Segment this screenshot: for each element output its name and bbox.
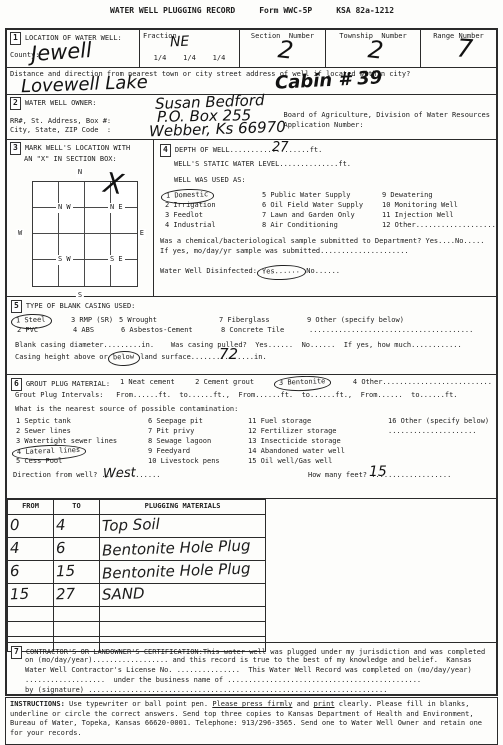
owner-label: WATER WELL OWNER:: [25, 99, 97, 107]
cell-from: 0: [10, 518, 20, 533]
section6-number: 6: [11, 378, 22, 391]
section2-number: 2: [10, 97, 21, 110]
mark-title-line2: AN "X" IN SECTION BOX:: [10, 155, 150, 165]
use-industrial: 4 Industrial: [165, 221, 262, 231]
direction-label: Direction from well? ..............: [11, 471, 308, 485]
contam-lagoon: 8 Sewage lagoon: [148, 437, 248, 447]
section-grid: [32, 181, 138, 287]
use-monitoring: 10 Monitoring Well: [382, 201, 496, 211]
direction-line: Direction from well? .............. How …: [11, 471, 492, 485]
contam-seepage: 6 Seepage pit: [148, 417, 248, 427]
cell-material: [100, 622, 266, 637]
grout-material-line: 6GROUT PLUG MATERIAL: 1 Neat cement 2 Ce…: [11, 378, 492, 391]
casing-diameter-line: Blank casing diameter.........in. Was ca…: [11, 341, 492, 353]
cell-to: 15: [56, 564, 76, 580]
casing-asbestos: 6 Asbestos-Cement: [121, 326, 221, 336]
form-number: Form WWC-5P: [259, 6, 312, 16]
casing-wrought: 5 Wrought: [119, 316, 219, 326]
circled-disinfected-yes: Yes......: [257, 264, 306, 280]
cell-material: Top Soil: [102, 517, 160, 534]
casing-other-dots: .......................................: [309, 326, 492, 336]
contamination-list: 1 Septic tank 2 Sewer lines 3 Watertight…: [11, 417, 492, 467]
table-row: 6 15 Bentonite Hole Plug: [8, 561, 266, 584]
grid-se-label: S E: [108, 255, 125, 265]
cell-to: 6: [56, 541, 66, 556]
use-air-conditioning: 8 Air Conditioning: [262, 221, 382, 231]
cell-from: [8, 607, 54, 622]
casing-title: TYPE OF BLANK CASING USED:: [26, 302, 136, 310]
disinfected-label: Water Well Disinfected:: [160, 267, 261, 275]
feet-label: How many feet? ...................: [308, 471, 451, 485]
table-row: 15 27 SAND: [8, 584, 266, 607]
cell-to: 27: [56, 587, 76, 603]
section1-title: LOCATION OF WATER WELL:: [25, 34, 122, 42]
section5-row: 5TYPE OF BLANK CASING USED: 1 Steel 3 RM…: [7, 297, 496, 375]
grid-nw-label: N W: [56, 203, 73, 213]
grid-ne-label: N E: [108, 203, 125, 213]
contam-other: 16 Other (specify below): [388, 417, 492, 427]
cert-line4: ................... under the business n…: [11, 676, 492, 686]
use-other: 12 Other...................: [382, 221, 496, 231]
table-row: [8, 622, 266, 637]
plugging-table-region: FROM TO PLUGGING MATERIALS 0 4 Top Soil …: [7, 499, 496, 643]
contam-fertilizer: 12 Fertilizer storage: [248, 427, 388, 437]
used-as-label: WELL WAS USED AS:: [160, 176, 496, 188]
instructions-box: INSTRUCTIONS: Use typewriter or ball poi…: [5, 697, 498, 745]
grout-cement-grout: 2 Cement grout: [195, 378, 278, 388]
if-yes-line: If yes, mo/day/yr sample was submitted..…: [160, 247, 496, 257]
grout-intervals-line: Grout Plug Intervals: From......ft. to..…: [11, 391, 492, 403]
grid-sw-label: S W: [56, 255, 73, 265]
circled-grout-bentonite: 3 Bentonite: [274, 375, 332, 391]
casing-other: 9 Other (specify below): [307, 316, 492, 326]
instructions-underline2: print: [313, 700, 334, 708]
casing-concrete: 8 Concrete Tile: [221, 326, 309, 336]
section-grid-wrap: N S W E N W N E S W S E X: [10, 168, 150, 300]
casing-rmp: 3 RMP (SR): [71, 316, 119, 326]
use-public-water: 5 Public Water Supply: [262, 191, 382, 201]
cell-from: 6: [10, 564, 20, 579]
mark-title-line1: MARK WELL'S LOCATION WITH: [25, 144, 130, 152]
section6-row: 6GROUT PLUG MATERIAL: 1 Neat cement 2 Ce…: [7, 375, 496, 499]
owner-row: 2WATER WELL OWNER: RR#, St. Address, Box…: [7, 95, 496, 140]
header-to: TO: [54, 500, 100, 515]
cert-line2: on (mo/day/year).................. and t…: [11, 656, 492, 666]
instructions-underline1: Please press firmly: [212, 700, 292, 708]
location-cell: 1LOCATION OF WATER WELL: County: Jewell: [7, 30, 140, 67]
instructions-label: INSTRUCTIONS:: [10, 700, 69, 708]
cell-to: [54, 622, 100, 637]
grid-north-label: N: [76, 168, 84, 178]
section1-row: 1LOCATION OF WATER WELL: County: Jewell …: [7, 30, 496, 68]
distance-row: Distance and direction from nearest town…: [7, 68, 496, 95]
distance-label: Distance and direction from nearest town…: [10, 70, 493, 80]
certification-section: 7CONTRACTOR'S OR LANDOWNER'S CERTIFICATI…: [7, 643, 496, 695]
grout-title: GROUT PLUG MATERIAL:: [26, 380, 110, 388]
contam-fuel: 11 Fuel storage: [248, 417, 388, 427]
contam-privy: 7 Pit privy: [148, 427, 248, 437]
cell-material: SAND: [102, 587, 145, 603]
grid-west-label: W: [16, 229, 24, 239]
cell-from: 4: [10, 541, 20, 556]
header-materials: PLUGGING MATERIALS: [100, 500, 266, 515]
contam-septic: 1 Septic tank: [16, 417, 148, 427]
county-label: County:: [10, 51, 136, 61]
contamination-label: What is the nearest source of possible c…: [11, 405, 492, 415]
fraction-quarters: 1/4 1/4 1/4: [143, 54, 236, 64]
section1-number: 1: [10, 32, 21, 45]
casing-height-pre: Casing height above or: [15, 353, 112, 361]
grout-other: 4 Other..........................: [353, 378, 492, 388]
table-row: 4 6 Bentonite Hole Plug: [8, 538, 266, 561]
section4-number: 4: [160, 144, 171, 157]
casing-options-row2: 2 PVC 4 ABS 6 Asbestos-Cement 8 Concrete…: [11, 326, 492, 336]
fraction-label: Fraction: [143, 32, 236, 42]
well-details-cell: 4DEPTH OF WELL...................ft. 27 …: [154, 140, 502, 296]
section5-number: 5: [11, 300, 22, 313]
cell-to: [54, 607, 100, 622]
casing-height-post: land surface...............in.: [136, 353, 267, 361]
contam-livestock: 10 Livestock pens: [148, 457, 248, 467]
section3-number: 3: [10, 142, 21, 155]
contam-feedyard: 9 Feedyard: [148, 447, 248, 457]
agency-name: Board of Agriculture, Division of Water …: [283, 111, 490, 121]
township-label: Township Number: [329, 32, 417, 42]
scanned-form-page: WATER WELL PLUGGING RECORD Form WWC-5P K…: [0, 0, 503, 745]
plugging-materials-table: FROM TO PLUGGING MATERIALS 0 4 Top Soil …: [7, 499, 266, 652]
mark-location-cell: 3MARK WELL'S LOCATION WITH AN "X" IN SEC…: [7, 140, 154, 296]
contam-oil-gas-well: 15 Oil well/Gas well: [248, 457, 388, 467]
contam-sewer: 2 Sewer lines: [16, 427, 148, 437]
form-header: WATER WELL PLUGGING RECORD Form WWC-5P K…: [0, 6, 503, 16]
cell-from: [8, 622, 54, 637]
contam-abandoned-well: 14 Abandoned water well: [248, 447, 388, 457]
contam-other-dots: .....................: [388, 427, 492, 437]
chem-sample-line: Was a chemical/bacteriological sample su…: [160, 237, 496, 247]
range-label: Range Number: [424, 32, 493, 42]
township-cell: Township Number 2: [326, 30, 421, 67]
disinfected-no: No......: [302, 267, 340, 275]
instructions-text2: and: [292, 700, 313, 708]
table-header-row: FROM TO PLUGGING MATERIALS: [8, 500, 266, 515]
cell-material: Bentonite Hole Plug: [102, 539, 251, 559]
range-cell: Range Number 7: [421, 30, 496, 67]
form-body: 1LOCATION OF WATER WELL: County: Jewell …: [5, 28, 498, 696]
instructions-text1: Use typewriter or ball point pen.: [69, 700, 212, 708]
casing-fiberglass: 7 Fiberglass: [219, 316, 307, 326]
use-injection: 11 Injection Well: [382, 211, 496, 221]
use-lawn-garden: 7 Lawn and Garden Only: [262, 211, 382, 221]
casing-abs: 4 ABS: [73, 326, 121, 336]
cell-from: 15: [10, 587, 30, 603]
fraction-cell: Fraction 1/4 1/4 1/4 NE: [140, 30, 240, 67]
grid-east-label: E: [138, 229, 146, 239]
cell-material: [100, 607, 266, 622]
section3-4-row: 3MARK WELL'S LOCATION WITH AN "X" IN SEC…: [7, 140, 496, 297]
use-dewatering: 9 Dewatering: [382, 191, 496, 201]
form-title: WATER WELL PLUGGING RECORD: [110, 6, 235, 16]
grout-neat-cement: 1 Neat cement: [120, 378, 195, 388]
cell-material: Bentonite Hole Plug: [102, 562, 251, 582]
form-statute: KSA 82a-1212: [336, 6, 394, 16]
use-irrigation: 2 Irrigation: [165, 201, 262, 211]
casing-options-row1: 1 Steel 3 RMP (SR) 5 Wrought 7 Fiberglas…: [11, 316, 492, 326]
depth-line: DEPTH OF WELL...................ft.: [175, 146, 323, 154]
use-oil-field: 6 Oil Field Water Supply: [262, 201, 382, 211]
grid-south-label: S: [76, 291, 84, 301]
static-level-line: WELL'S STATIC WATER LEVEL..............f…: [160, 160, 496, 172]
well-use-list: 1 Domestic 2 Irrigation 3 Feedlot 4 Indu…: [160, 191, 496, 231]
cert-line1: CONTRACTOR'S OR LANDOWNER'S CERTIFICATIO…: [26, 648, 485, 656]
table-row: 0 4 Top Soil: [8, 515, 266, 538]
section-number-label: Section Number: [243, 32, 322, 42]
application-number-label: Application Number:: [283, 121, 490, 131]
circled-below: below: [108, 350, 141, 366]
table-row: [8, 607, 266, 622]
contam-insecticide: 13 Insecticide storage: [248, 437, 388, 447]
cert-line5: by (signature) .........................…: [11, 686, 492, 696]
section-number-cell: Section Number 2: [240, 30, 326, 67]
cell-to: 4: [56, 518, 66, 533]
contam-cesspool: 5 Cess Pool: [16, 457, 148, 467]
cert-line3: Water Well Contractor's License No. ....…: [11, 666, 492, 676]
header-from: FROM: [8, 500, 54, 515]
use-feedlot: 3 Feedlot: [165, 211, 262, 221]
